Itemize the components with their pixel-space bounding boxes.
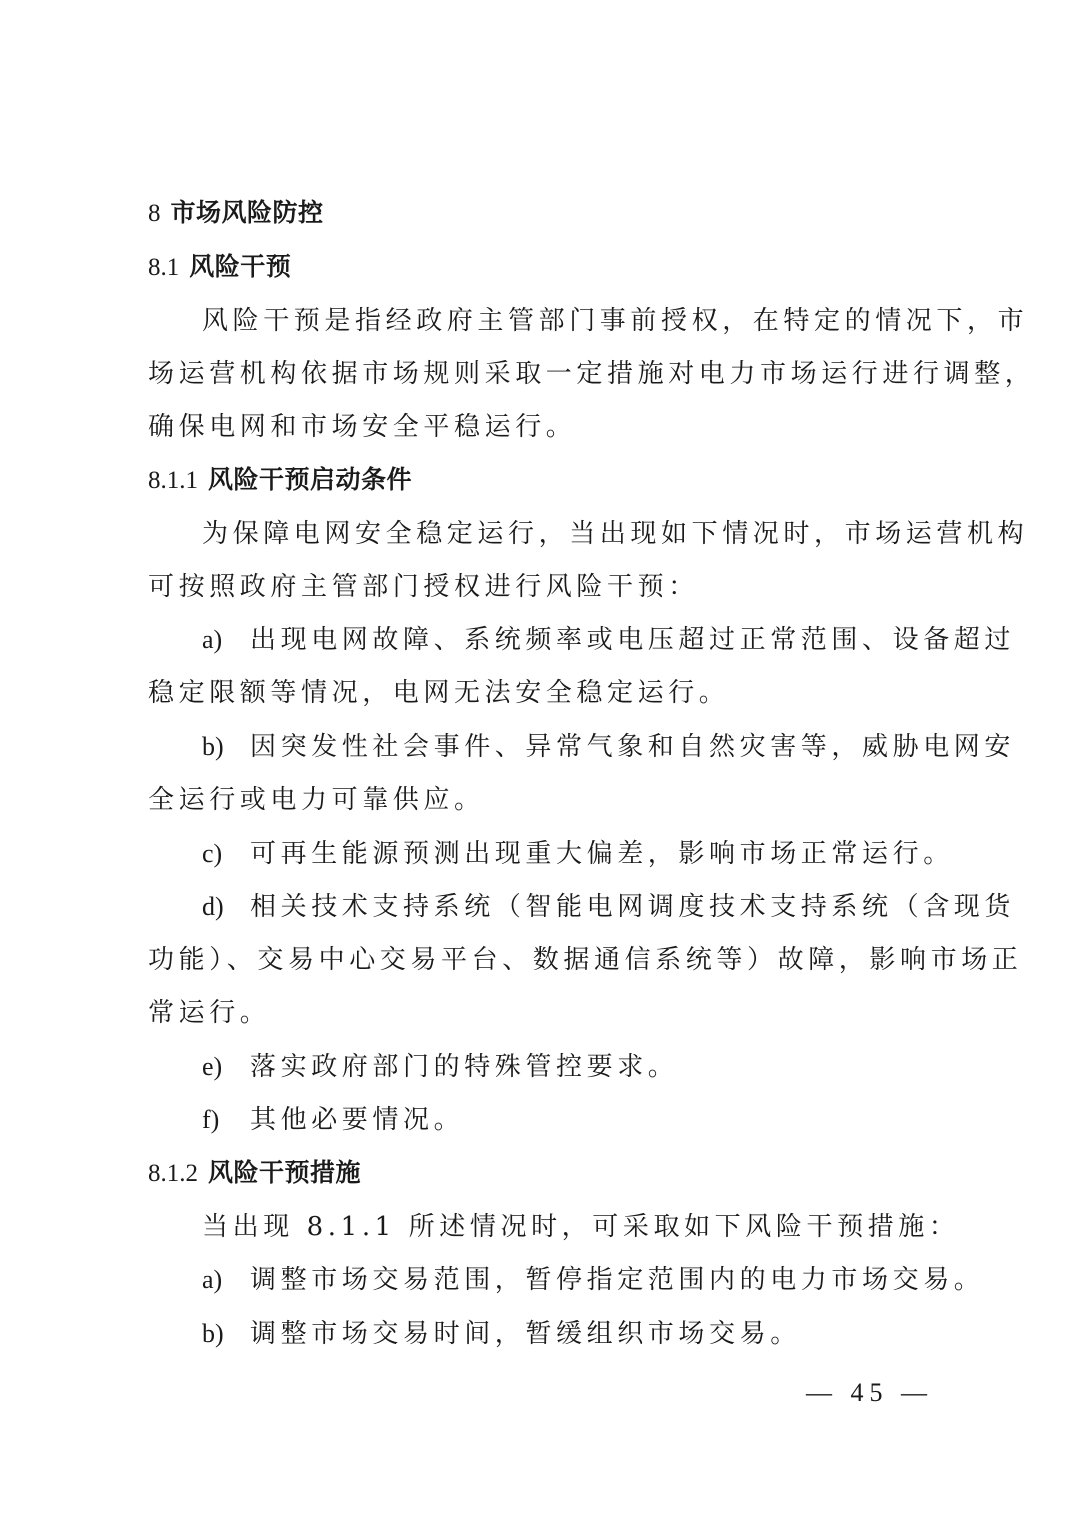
list-item-continuation: 全运行或电力可靠供应。 bbox=[148, 784, 485, 816]
list-text: 出现电网故障、系统频率或电压超过正常范围、设备超过 bbox=[250, 625, 1015, 655]
list-item-condition-f: f)其他必要情况。 bbox=[202, 1104, 464, 1136]
list-item-measure-a: a)调整市场交易范围，暂停指定范围内的电力市场交易。 bbox=[202, 1264, 984, 1296]
list-label: c) bbox=[202, 838, 250, 870]
list-text: 调整市场交易时间，暂缓组织市场交易。 bbox=[250, 1319, 801, 1349]
subsection-heading-8-1: 8.1风险干预 bbox=[148, 251, 291, 284]
section-heading-8: 8市场风险防控 bbox=[148, 197, 324, 230]
list-label: d) bbox=[202, 891, 250, 923]
subsection-number: 8.1.2 bbox=[148, 1160, 198, 1187]
list-text: 落实政府部门的特殊管控要求。 bbox=[250, 1052, 678, 1082]
subsection-heading-8-1-2: 8.1.2风险干预措施 bbox=[148, 1157, 361, 1190]
list-text: 调整市场交易范围，暂停指定范围内的电力市场交易。 bbox=[250, 1265, 984, 1295]
list-label: a) bbox=[202, 624, 250, 656]
subsection-number: 8.1.1 bbox=[148, 467, 198, 494]
paragraph-line: 为保障电网安全稳定运行，当出现如下情况时，市场运营机构 bbox=[202, 518, 1028, 550]
section-number: 8 bbox=[148, 200, 161, 227]
list-label: a) bbox=[202, 1264, 250, 1296]
subsection-title: 风险干预措施 bbox=[208, 1158, 361, 1187]
subsection-heading-8-1-1: 8.1.1风险干预启动条件 bbox=[148, 464, 412, 497]
list-item-measure-b: b)调整市场交易时间，暂缓组织市场交易。 bbox=[202, 1318, 801, 1350]
paragraph-line: 可按照政府主管部门授权进行风险干预： bbox=[148, 571, 699, 603]
subsection-title: 风险干预启动条件 bbox=[208, 465, 412, 494]
list-item-condition-a: a)出现电网故障、系统频率或电压超过正常范围、设备超过 bbox=[202, 624, 1015, 656]
paragraph-line: 场运营机构依据市场规则采取一定措施对电力市场运行进行调整， bbox=[148, 358, 1035, 390]
list-label: b) bbox=[202, 731, 250, 763]
list-item-condition-b: b)因突发性社会事件、异常气象和自然灾害等，威胁电网安 bbox=[202, 731, 1015, 763]
subsection-title: 风险干预 bbox=[189, 252, 291, 281]
paragraph-line: 确保电网和市场安全平稳运行。 bbox=[148, 411, 576, 443]
paragraph-line: 当出现 8.1.1 所述情况时，可采取如下风险干预措施： bbox=[202, 1211, 960, 1243]
list-text: 相关技术支持系统（智能电网调度技术支持系统（含现货 bbox=[250, 892, 1015, 922]
list-item-continuation: 常运行。 bbox=[148, 997, 270, 1029]
list-text: 其他必要情况。 bbox=[250, 1105, 464, 1135]
paragraph-line: 风险干预是指经政府主管部门事前授权，在特定的情况下，市 bbox=[202, 305, 1028, 337]
list-item-condition-e: e)落实政府部门的特殊管控要求。 bbox=[202, 1051, 678, 1083]
list-text: 因突发性社会事件、异常气象和自然灾害等，威胁电网安 bbox=[250, 732, 1015, 762]
list-item-condition-d: d)相关技术支持系统（智能电网调度技术支持系统（含现货 bbox=[202, 891, 1015, 923]
section-title: 市场风险防控 bbox=[171, 198, 324, 227]
list-item-continuation: 稳定限额等情况，电网无法安全稳定运行。 bbox=[148, 677, 729, 709]
list-item-continuation: 功能）、交易中心交易平台、数据通信系统等）故障，影响市场正 bbox=[148, 944, 1022, 976]
list-item-condition-c: c)可再生能源预测出现重大偏差，影响市场正常运行。 bbox=[202, 838, 954, 870]
list-text: 可再生能源预测出现重大偏差，影响市场正常运行。 bbox=[250, 839, 954, 869]
list-label: e) bbox=[202, 1051, 250, 1083]
list-label: f) bbox=[202, 1104, 250, 1136]
page-number: — 45 — bbox=[806, 1378, 933, 1408]
list-label: b) bbox=[202, 1318, 250, 1350]
subsection-number: 8.1 bbox=[148, 254, 179, 281]
